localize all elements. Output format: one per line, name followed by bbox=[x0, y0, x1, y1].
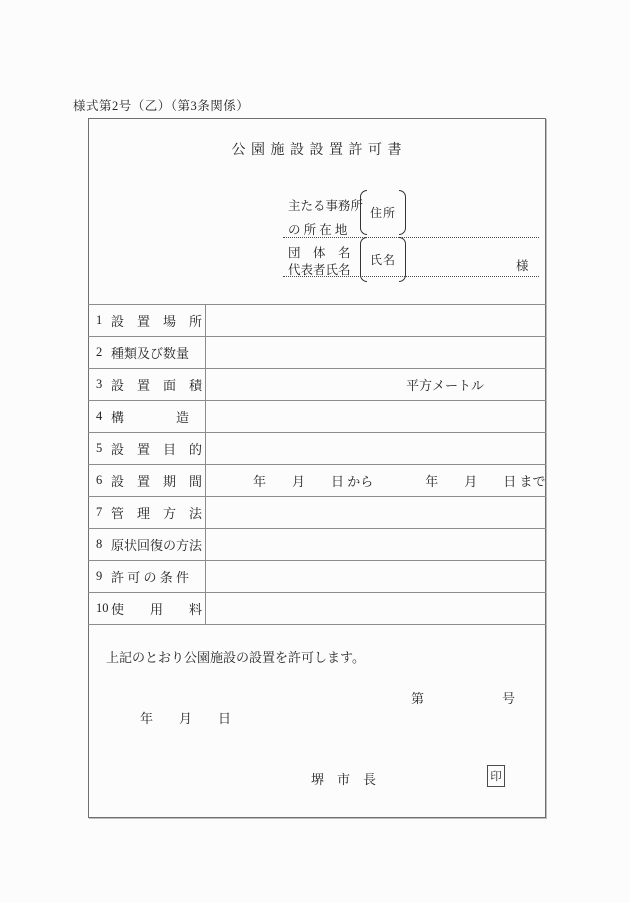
address-bracket: 住所 bbox=[360, 190, 406, 235]
row-value-square-meters: 平方メートル bbox=[206, 369, 546, 400]
row-number: 2 bbox=[96, 345, 111, 360]
row-value bbox=[206, 561, 546, 592]
address-bracket-label: 住所 bbox=[367, 190, 399, 235]
name-bracket-label: 氏名 bbox=[367, 237, 399, 282]
table-row-usage-fee: 10使 用 料 bbox=[88, 593, 546, 625]
row-label: 設 置 面 積 bbox=[111, 375, 202, 394]
honorific-label: 様 bbox=[516, 256, 529, 274]
table-row-installation-location: 1設 置 場 所 bbox=[88, 305, 546, 337]
table-row-installation-period: 6設 置 期 間 年 月 日 から 年 月 日 まで bbox=[88, 465, 546, 497]
row-value bbox=[206, 337, 546, 368]
table-row-installation-purpose: 5設 置 目 的 bbox=[88, 433, 546, 465]
row-number: 10 bbox=[96, 601, 111, 616]
mayor-signature-label: 堺 市 長 bbox=[311, 769, 376, 788]
table-row-structure: 4構 造 bbox=[88, 401, 546, 433]
items-table: 1設 置 場 所 2種類及び数量 3設 置 面 積 平方メートル 4構 造 5設… bbox=[88, 304, 546, 625]
row-number: 8 bbox=[96, 537, 111, 552]
table-row-type-quantity: 2種類及び数量 bbox=[88, 337, 546, 369]
row-number: 1 bbox=[96, 313, 111, 328]
table-row-management-method: 7管 理 方 法 bbox=[88, 497, 546, 529]
table-row-restoration-method: 8原状回復の方法 bbox=[88, 529, 546, 561]
row-number: 3 bbox=[96, 377, 111, 392]
issue-date-line: 年 月 日 bbox=[140, 708, 231, 727]
row-number: 5 bbox=[96, 441, 111, 456]
row-number: 9 bbox=[96, 569, 111, 584]
row-label: 設 置 目 的 bbox=[111, 439, 202, 458]
row-value bbox=[206, 497, 546, 528]
row-value bbox=[206, 529, 546, 560]
office-address-label-line2: の 所 在 地 bbox=[288, 220, 347, 238]
representative-name-label: 代表者氏名 bbox=[288, 260, 351, 278]
row-label: 構 造 bbox=[111, 407, 189, 426]
row-label: 使 用 料 bbox=[111, 599, 202, 618]
name-bracket: 氏名 bbox=[360, 237, 406, 282]
row-label: 設 置 期 間 bbox=[111, 471, 202, 490]
bracket-left-icon bbox=[360, 190, 367, 235]
organization-name-label: 団 体 名 bbox=[288, 243, 351, 261]
seal-placeholder-box: 印 bbox=[487, 765, 505, 787]
row-label: 原状回復の方法 bbox=[111, 535, 202, 554]
row-label: 種類及び数量 bbox=[111, 343, 189, 362]
row-label: 管 理 方 法 bbox=[111, 503, 202, 522]
bracket-right-icon bbox=[399, 237, 406, 282]
office-address-label-line1: 主たる事務所 bbox=[288, 196, 363, 214]
table-row-permit-conditions: 9許 可 の 条 件 bbox=[88, 561, 546, 593]
permit-form-sheet: 公 園 施 設 設 置 許 可 書 主たる事務所 の 所 在 地 住所 団 体 … bbox=[88, 118, 546, 818]
form-number-label: 様式第2号（乙）（第3条関係） bbox=[73, 96, 249, 114]
table-row-installation-area: 3設 置 面 積 平方メートル bbox=[88, 369, 546, 401]
row-value bbox=[206, 305, 546, 336]
row-label: 設 置 場 所 bbox=[111, 311, 202, 330]
row-number: 4 bbox=[96, 409, 111, 424]
document-number-line: 第 号 bbox=[411, 688, 515, 707]
row-value bbox=[206, 593, 546, 624]
permission-statement: 上記のとおり公園施設の設置を許可します。 bbox=[106, 647, 365, 666]
bracket-left-icon bbox=[360, 237, 367, 282]
scanned-form-page: 様式第2号（乙）（第3条関係） 公 園 施 設 設 置 許 可 書 主たる事務所… bbox=[0, 0, 630, 903]
row-value-date-range: 年 月 日 から 年 月 日 まで bbox=[206, 465, 546, 496]
row-number: 7 bbox=[96, 505, 111, 520]
document-title: 公 園 施 設 設 置 許 可 書 bbox=[89, 139, 545, 159]
row-number: 6 bbox=[96, 473, 111, 488]
bracket-right-icon bbox=[399, 190, 406, 235]
row-value bbox=[206, 433, 546, 464]
row-label: 許 可 の 条 件 bbox=[111, 567, 189, 586]
row-value bbox=[206, 401, 546, 432]
